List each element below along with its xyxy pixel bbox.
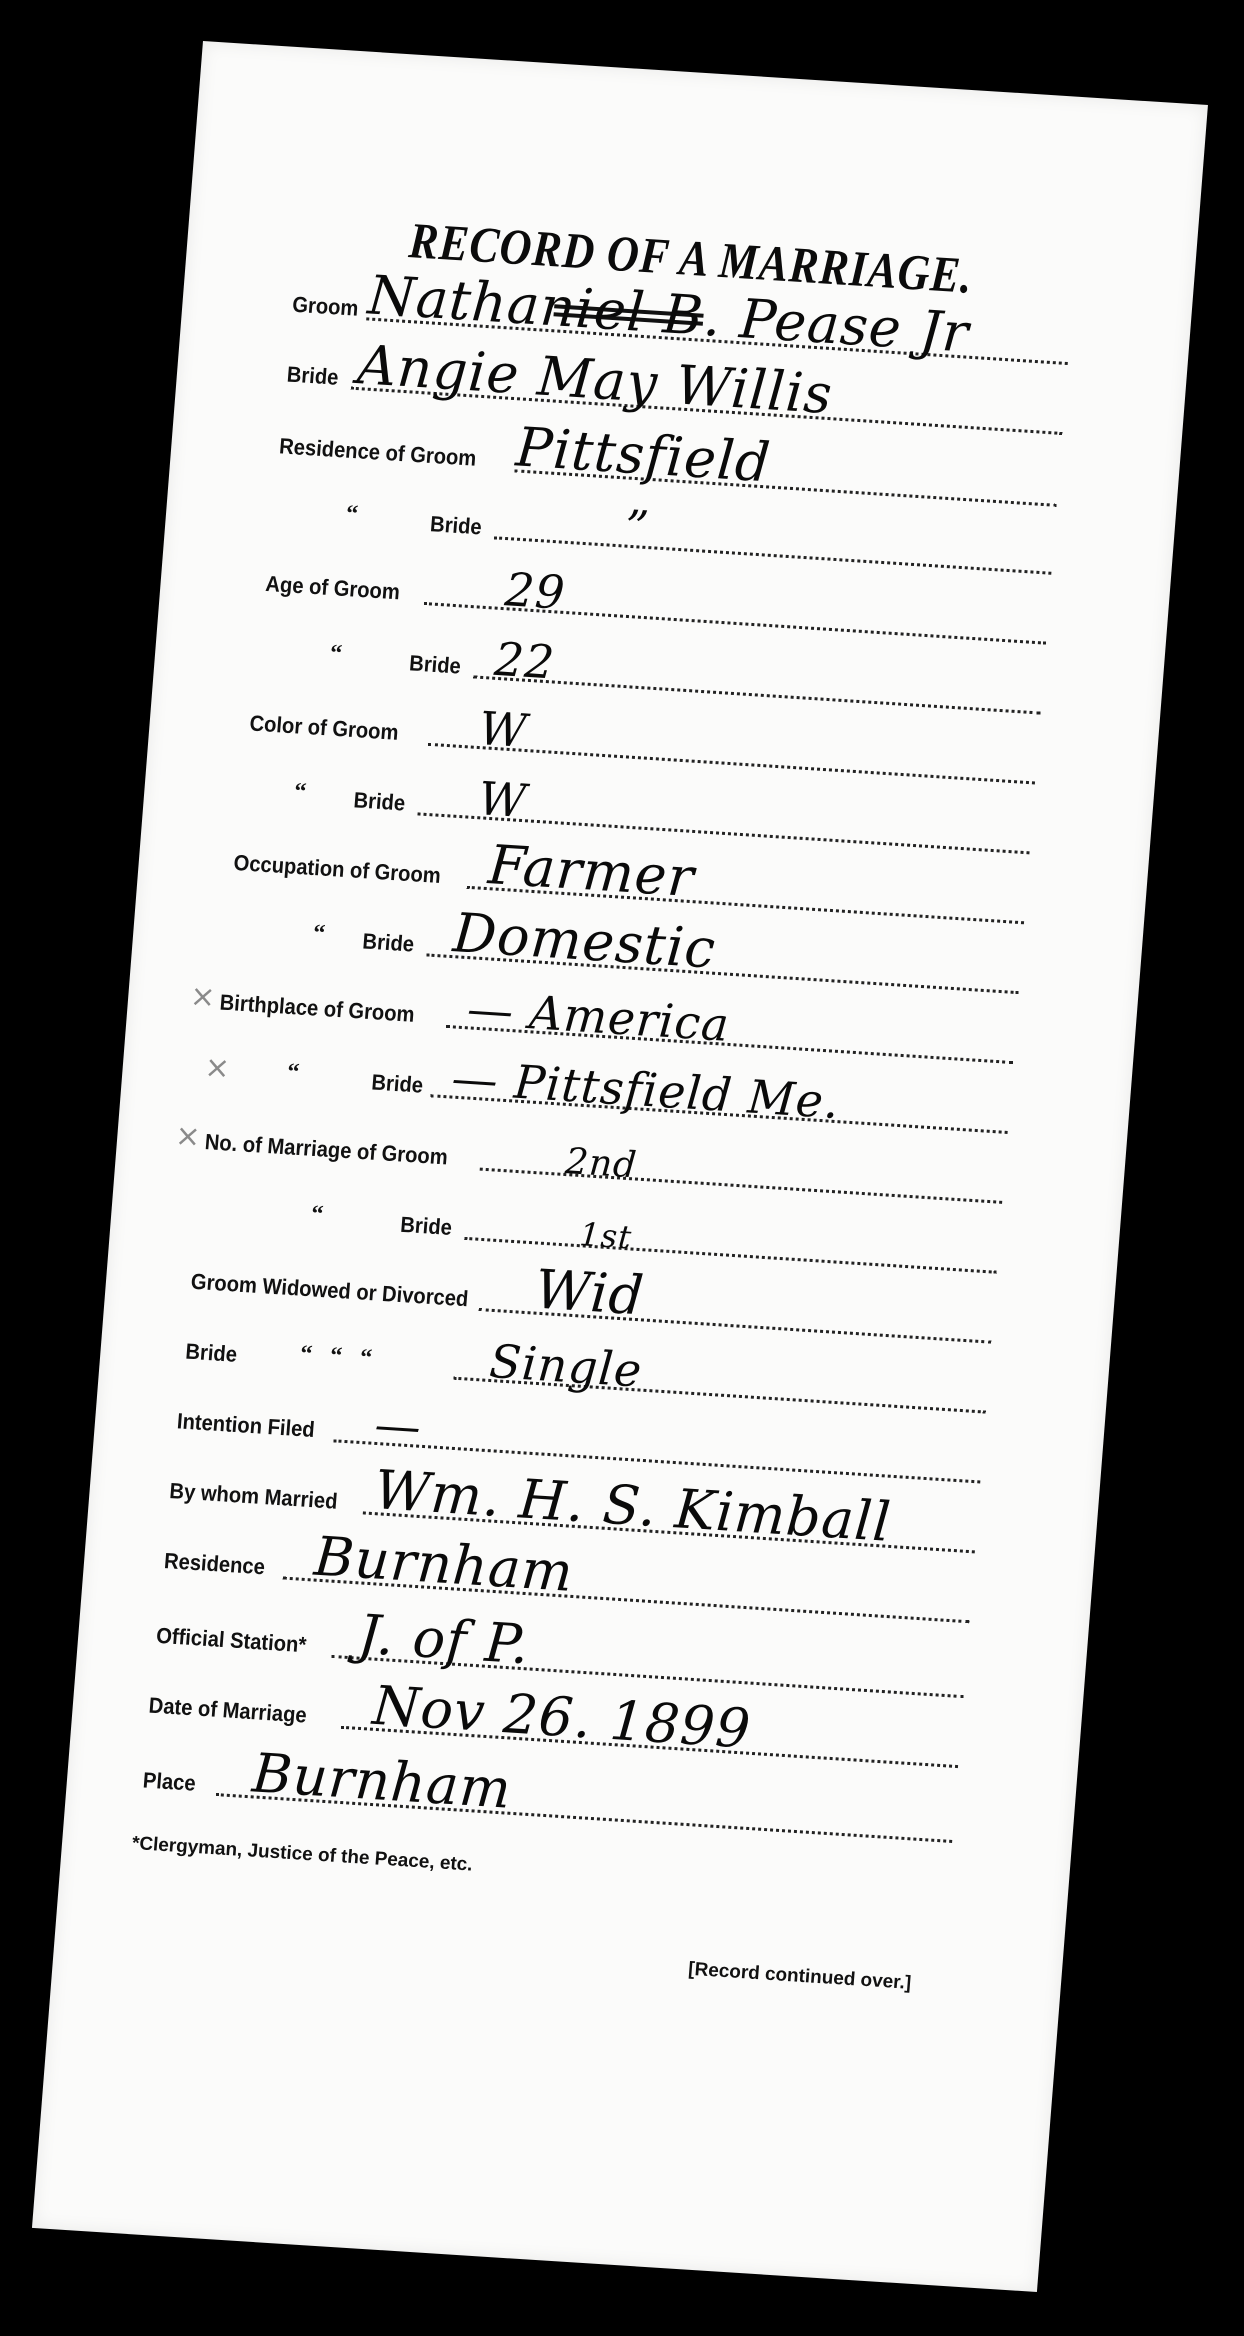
handwritten-value: — America xyxy=(465,981,731,1052)
handwritten-value: 2nd xyxy=(564,1141,639,1187)
footnote-official-station: *Clergyman, Justice of the Peace, etc. xyxy=(131,1833,473,1877)
field-label: Residence xyxy=(163,1548,266,1580)
handwritten-value: Wid xyxy=(533,1258,647,1328)
handwritten-value: W xyxy=(477,701,529,758)
field-label: Birthplace of Groom xyxy=(219,990,416,1028)
field-label: Bride xyxy=(184,1339,238,1368)
field-label: Residence of Groom xyxy=(278,433,477,472)
field-label: Bride xyxy=(286,362,340,391)
ditto-mark: “ xyxy=(345,501,359,529)
field-label: Official Station* xyxy=(155,1623,307,1659)
check-mark-icon: × xyxy=(203,1050,231,1087)
triple-ditto-mark: “ “ “ xyxy=(299,1341,373,1373)
field-label: Place xyxy=(142,1767,197,1796)
field-label: Bride xyxy=(408,650,462,679)
handwritten-value: W xyxy=(477,771,529,828)
ditto-mark: “ xyxy=(293,778,307,806)
field-label: By whom Married xyxy=(169,1478,339,1515)
ditto-mark: “ xyxy=(312,920,326,948)
handwritten-value: Farmer xyxy=(486,833,697,909)
field-label: Date of Marriage xyxy=(148,1693,308,1729)
field-label: Bride xyxy=(399,1212,453,1241)
field-label: Bride xyxy=(362,928,416,957)
field-label: Groom Widowed or Divorced xyxy=(190,1269,469,1313)
field-label: Groom xyxy=(291,292,359,322)
field-label: Color of Groom xyxy=(249,710,400,745)
handwritten-value: 29 xyxy=(503,562,567,620)
field-label: Age of Groom xyxy=(265,571,401,606)
field-label: Intention Filed xyxy=(176,1408,316,1443)
handwritten-value: ” xyxy=(623,500,652,555)
ditto-mark: “ xyxy=(310,1201,324,1229)
handwritten-value: J. of P. xyxy=(356,1603,532,1677)
record-continued-note: [Record continued over.] xyxy=(687,1959,911,1995)
handwritten-value: Pittsfield xyxy=(514,415,773,494)
check-mark-icon: × xyxy=(189,979,217,1016)
field-label: Bride xyxy=(429,511,483,540)
check-mark-icon: × xyxy=(174,1118,202,1155)
handwritten-value: Burnham xyxy=(250,1741,514,1820)
field-label: Occupation of Groom xyxy=(233,850,442,889)
handwritten-value: 1st xyxy=(578,1215,633,1256)
ditto-mark: “ xyxy=(286,1059,300,1087)
handwritten-value: Single xyxy=(488,1334,645,1398)
ditto-mark: “ xyxy=(329,640,343,668)
handwritten-value: — xyxy=(373,1397,424,1454)
marriage-record-card: RECORD OF A MARRIAGE. Groom Nathaniel B.… xyxy=(32,41,1208,2292)
field-label: Bride xyxy=(353,787,407,816)
field-label: Bride xyxy=(371,1069,425,1098)
field-label: No. of Marriage of Groom xyxy=(204,1129,449,1170)
handwritten-value: 22 xyxy=(493,632,557,690)
